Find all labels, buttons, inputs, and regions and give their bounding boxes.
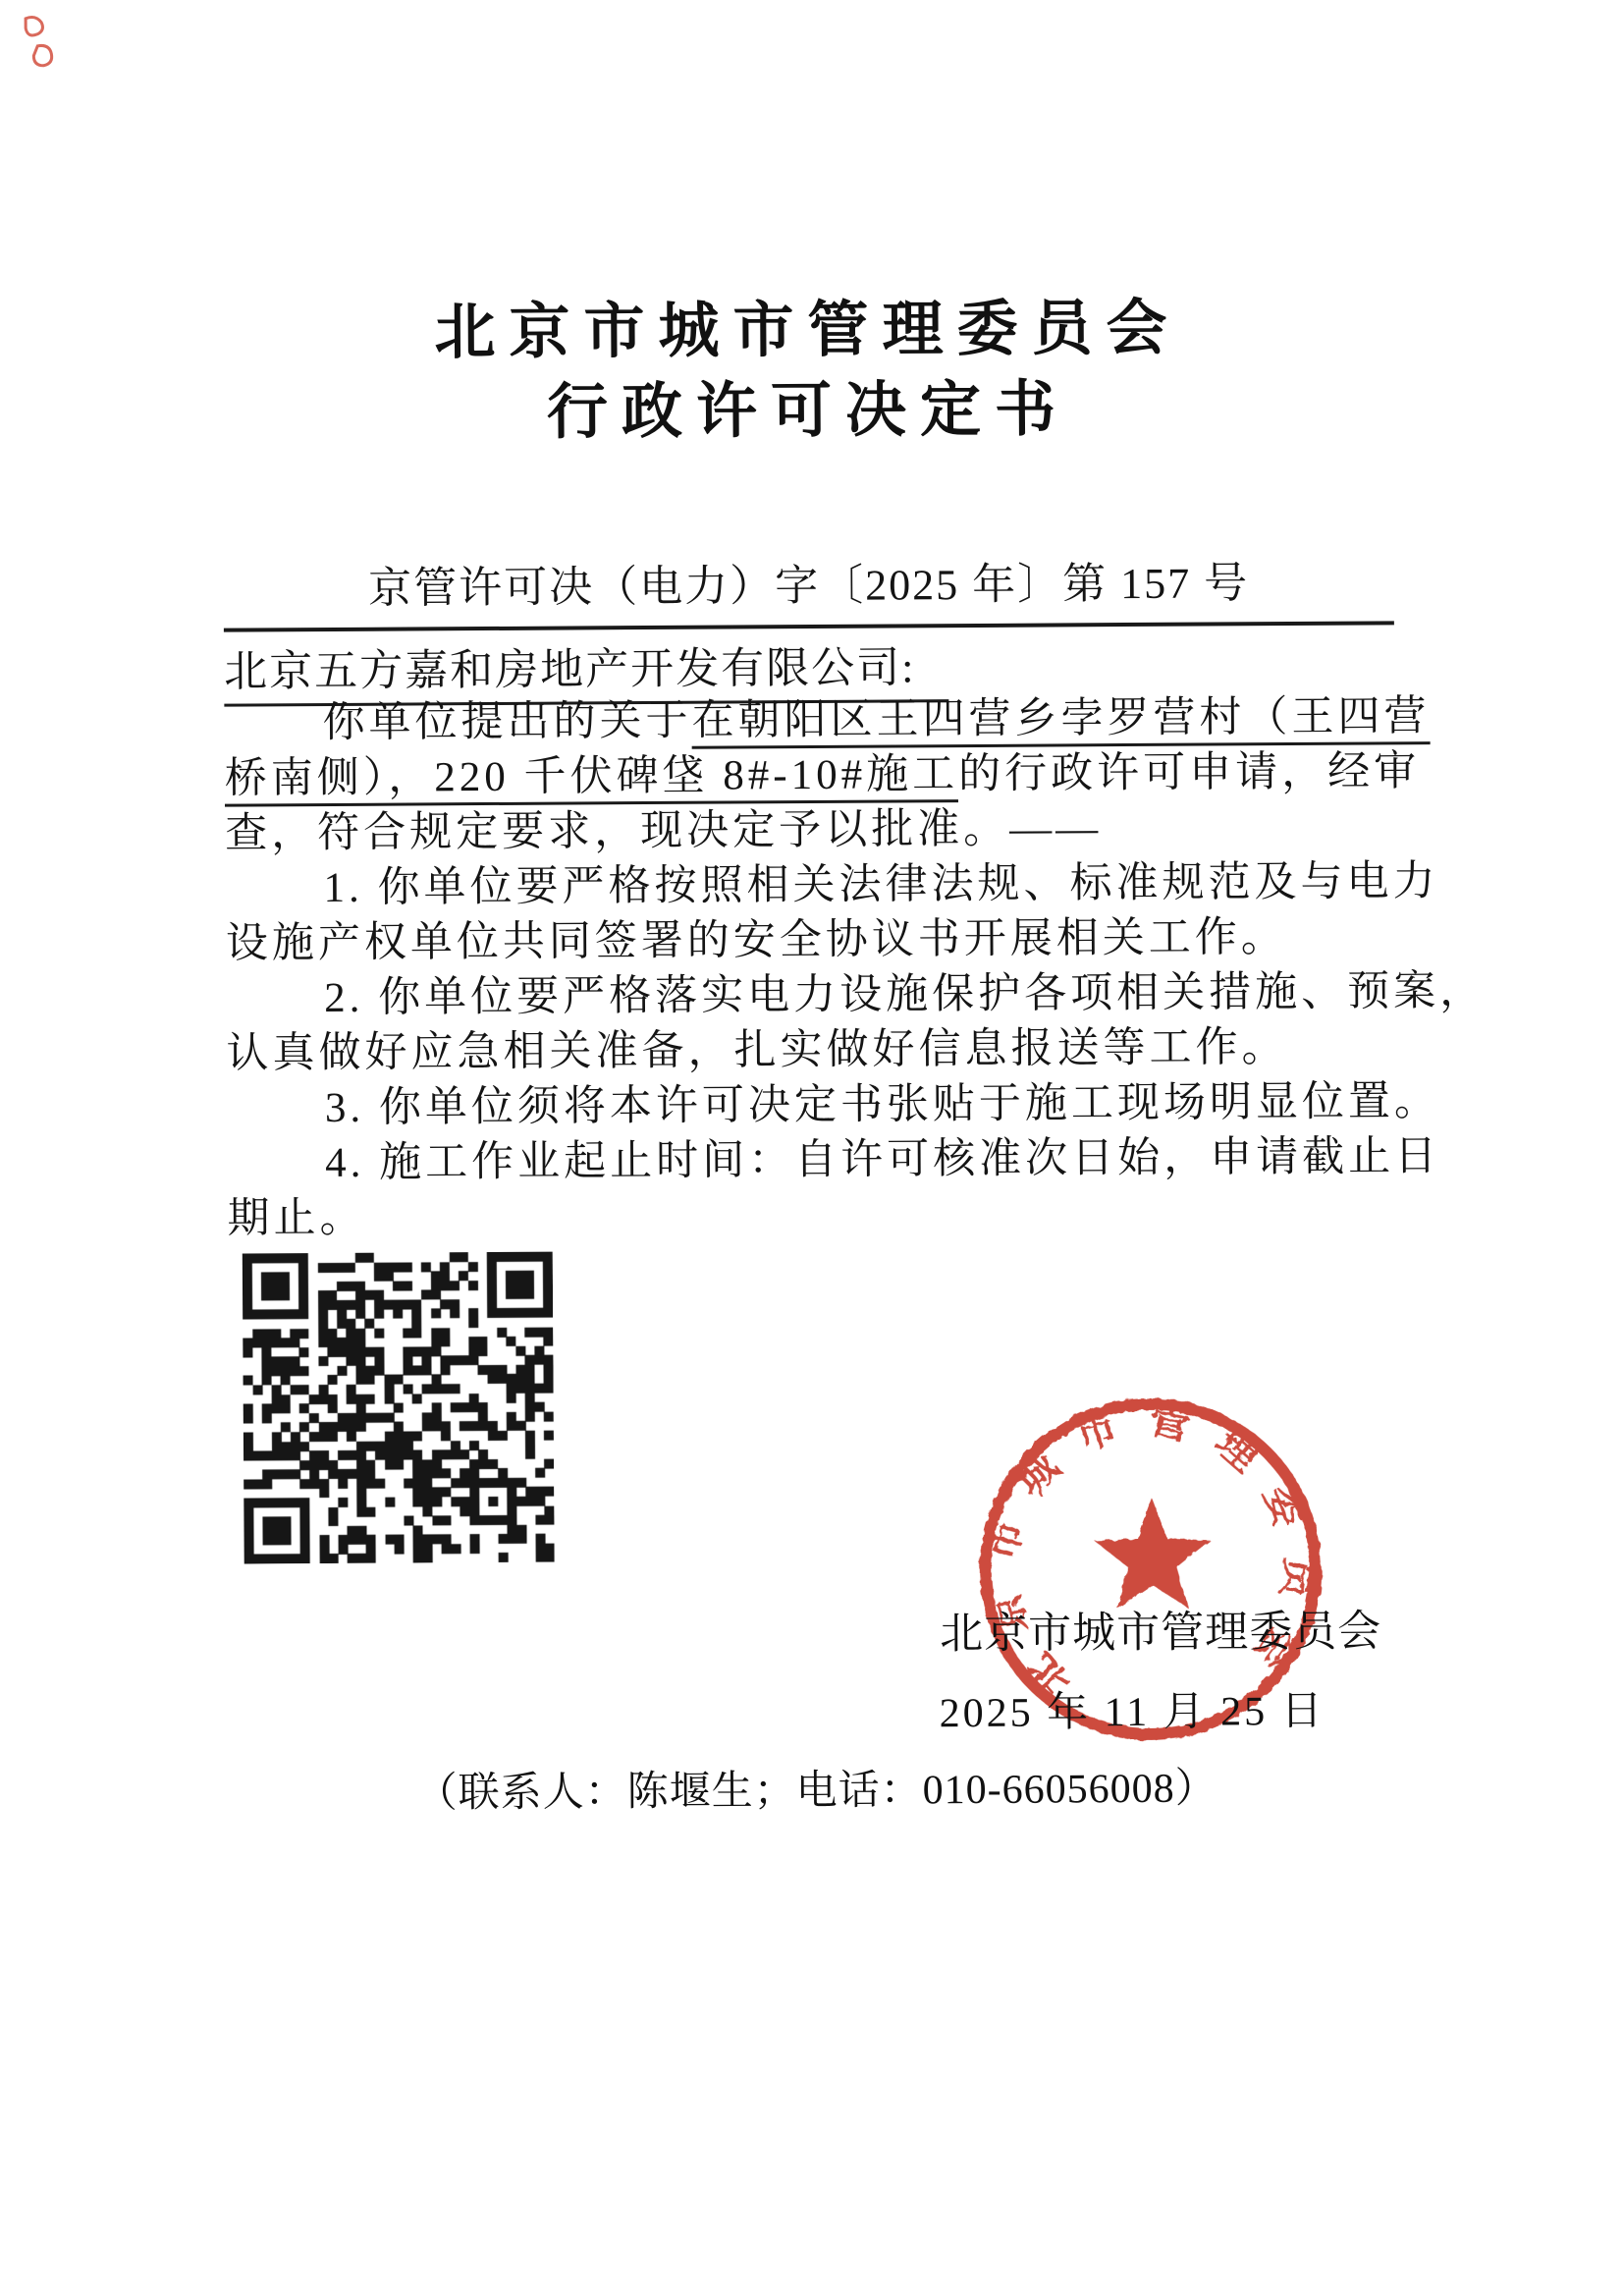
plain-text: 4. 施工作业起止时间：自许可核准次日始，申请截止日	[325, 1133, 1440, 1186]
document-number: 京管许可决（电力）字〔2025 年〕第 157 号	[368, 559, 1249, 612]
body-line: 1. 你单位要严格按照相关法律法规、标准规范及与电力	[225, 854, 1399, 916]
body-line: 期止。	[227, 1184, 1401, 1246]
underlined-text: 在朝阳区王四营乡孛罗营村（王四营	[691, 693, 1430, 749]
plain-text: 认真做好应急相关准备，扎实做好信息报送等工作。	[226, 1024, 1287, 1077]
qr-code	[243, 1252, 555, 1564]
body-line: 2. 你单位要严格落实电力设施保护各项相关措施、预案，	[226, 964, 1400, 1026]
document-title-line2: 行政许可决定书	[0, 376, 1620, 447]
plain-text: 2. 你单位要严格落实电力设施保护各项相关措施、预案，	[324, 968, 1486, 1021]
issuer-signature: 北京市城市管理委员会	[940, 1595, 1381, 1661]
plain-text: 设施产权单位共同签署的安全协议书开展相关工作。	[226, 914, 1287, 967]
body-line: 设施产权单位共同签署的安全协议书开展相关工作。	[226, 909, 1400, 971]
underlined-text: 桥南侧），220 千伏碑垡 8#-10#施工	[225, 751, 959, 807]
plain-text: 3. 你单位须将本许可决定书张贴于施工现场明显位置。	[325, 1078, 1440, 1131]
seal-star-icon	[1094, 1499, 1211, 1610]
issue-date: 2025 年 11 月 25 日	[940, 1678, 1325, 1739]
body-line: 3. 你单位须将本许可决定书张贴于施工现场明显位置。	[227, 1074, 1401, 1136]
plain-text: 期止。	[227, 1195, 365, 1242]
body-line: 认真做好应急相关准备，扎实做好信息报送等工作。	[226, 1019, 1400, 1081]
document-title-line1: 北京市城市管理委员会	[0, 296, 1619, 366]
body-line: 你单位提出的关于在朝阳区王四营乡孛罗营村（王四营	[224, 689, 1398, 751]
document-number-line: 京管许可决（电力）字〔2025 年〕第 157 号	[223, 546, 1393, 631]
body-line: 桥南侧），220 千伏碑垡 8#-10#施工的行政许可申请，经审	[225, 744, 1399, 806]
document-page: 北京市城市管理委员会 行政许可决定书 京管许可决（电力）字〔2025 年〕第 1…	[0, 0, 1623, 2296]
body-line: 4. 施工作业起止时间：自许可核准次日始，申请截止日	[227, 1129, 1401, 1191]
scanned-content: 北京市城市管理委员会 行政许可决定书 京管许可决（电力）字〔2025 年〕第 1…	[0, 0, 1623, 2296]
plain-text: 的行政许可申请，经审	[958, 748, 1420, 797]
plain-text: 查，符合规定要求，现决定予以批准。——	[225, 805, 1102, 856]
scan-corner-artifact	[20, 13, 79, 91]
contact-line: （联系人：陈堰生；电话：010-66056008）	[5, 1753, 1623, 1822]
body-text: 你单位提出的关于在朝阳区王四营乡孛罗营村（王四营桥南侧），220 千伏碑垡 8#…	[224, 689, 1401, 1246]
plain-text: 1. 你单位要严格按照相关法律法规、标准规范及与电力	[323, 858, 1438, 911]
plain-text: 你单位提出的关于	[322, 698, 691, 746]
body-line: 查，符合规定要求，现决定予以批准。——	[225, 799, 1399, 861]
